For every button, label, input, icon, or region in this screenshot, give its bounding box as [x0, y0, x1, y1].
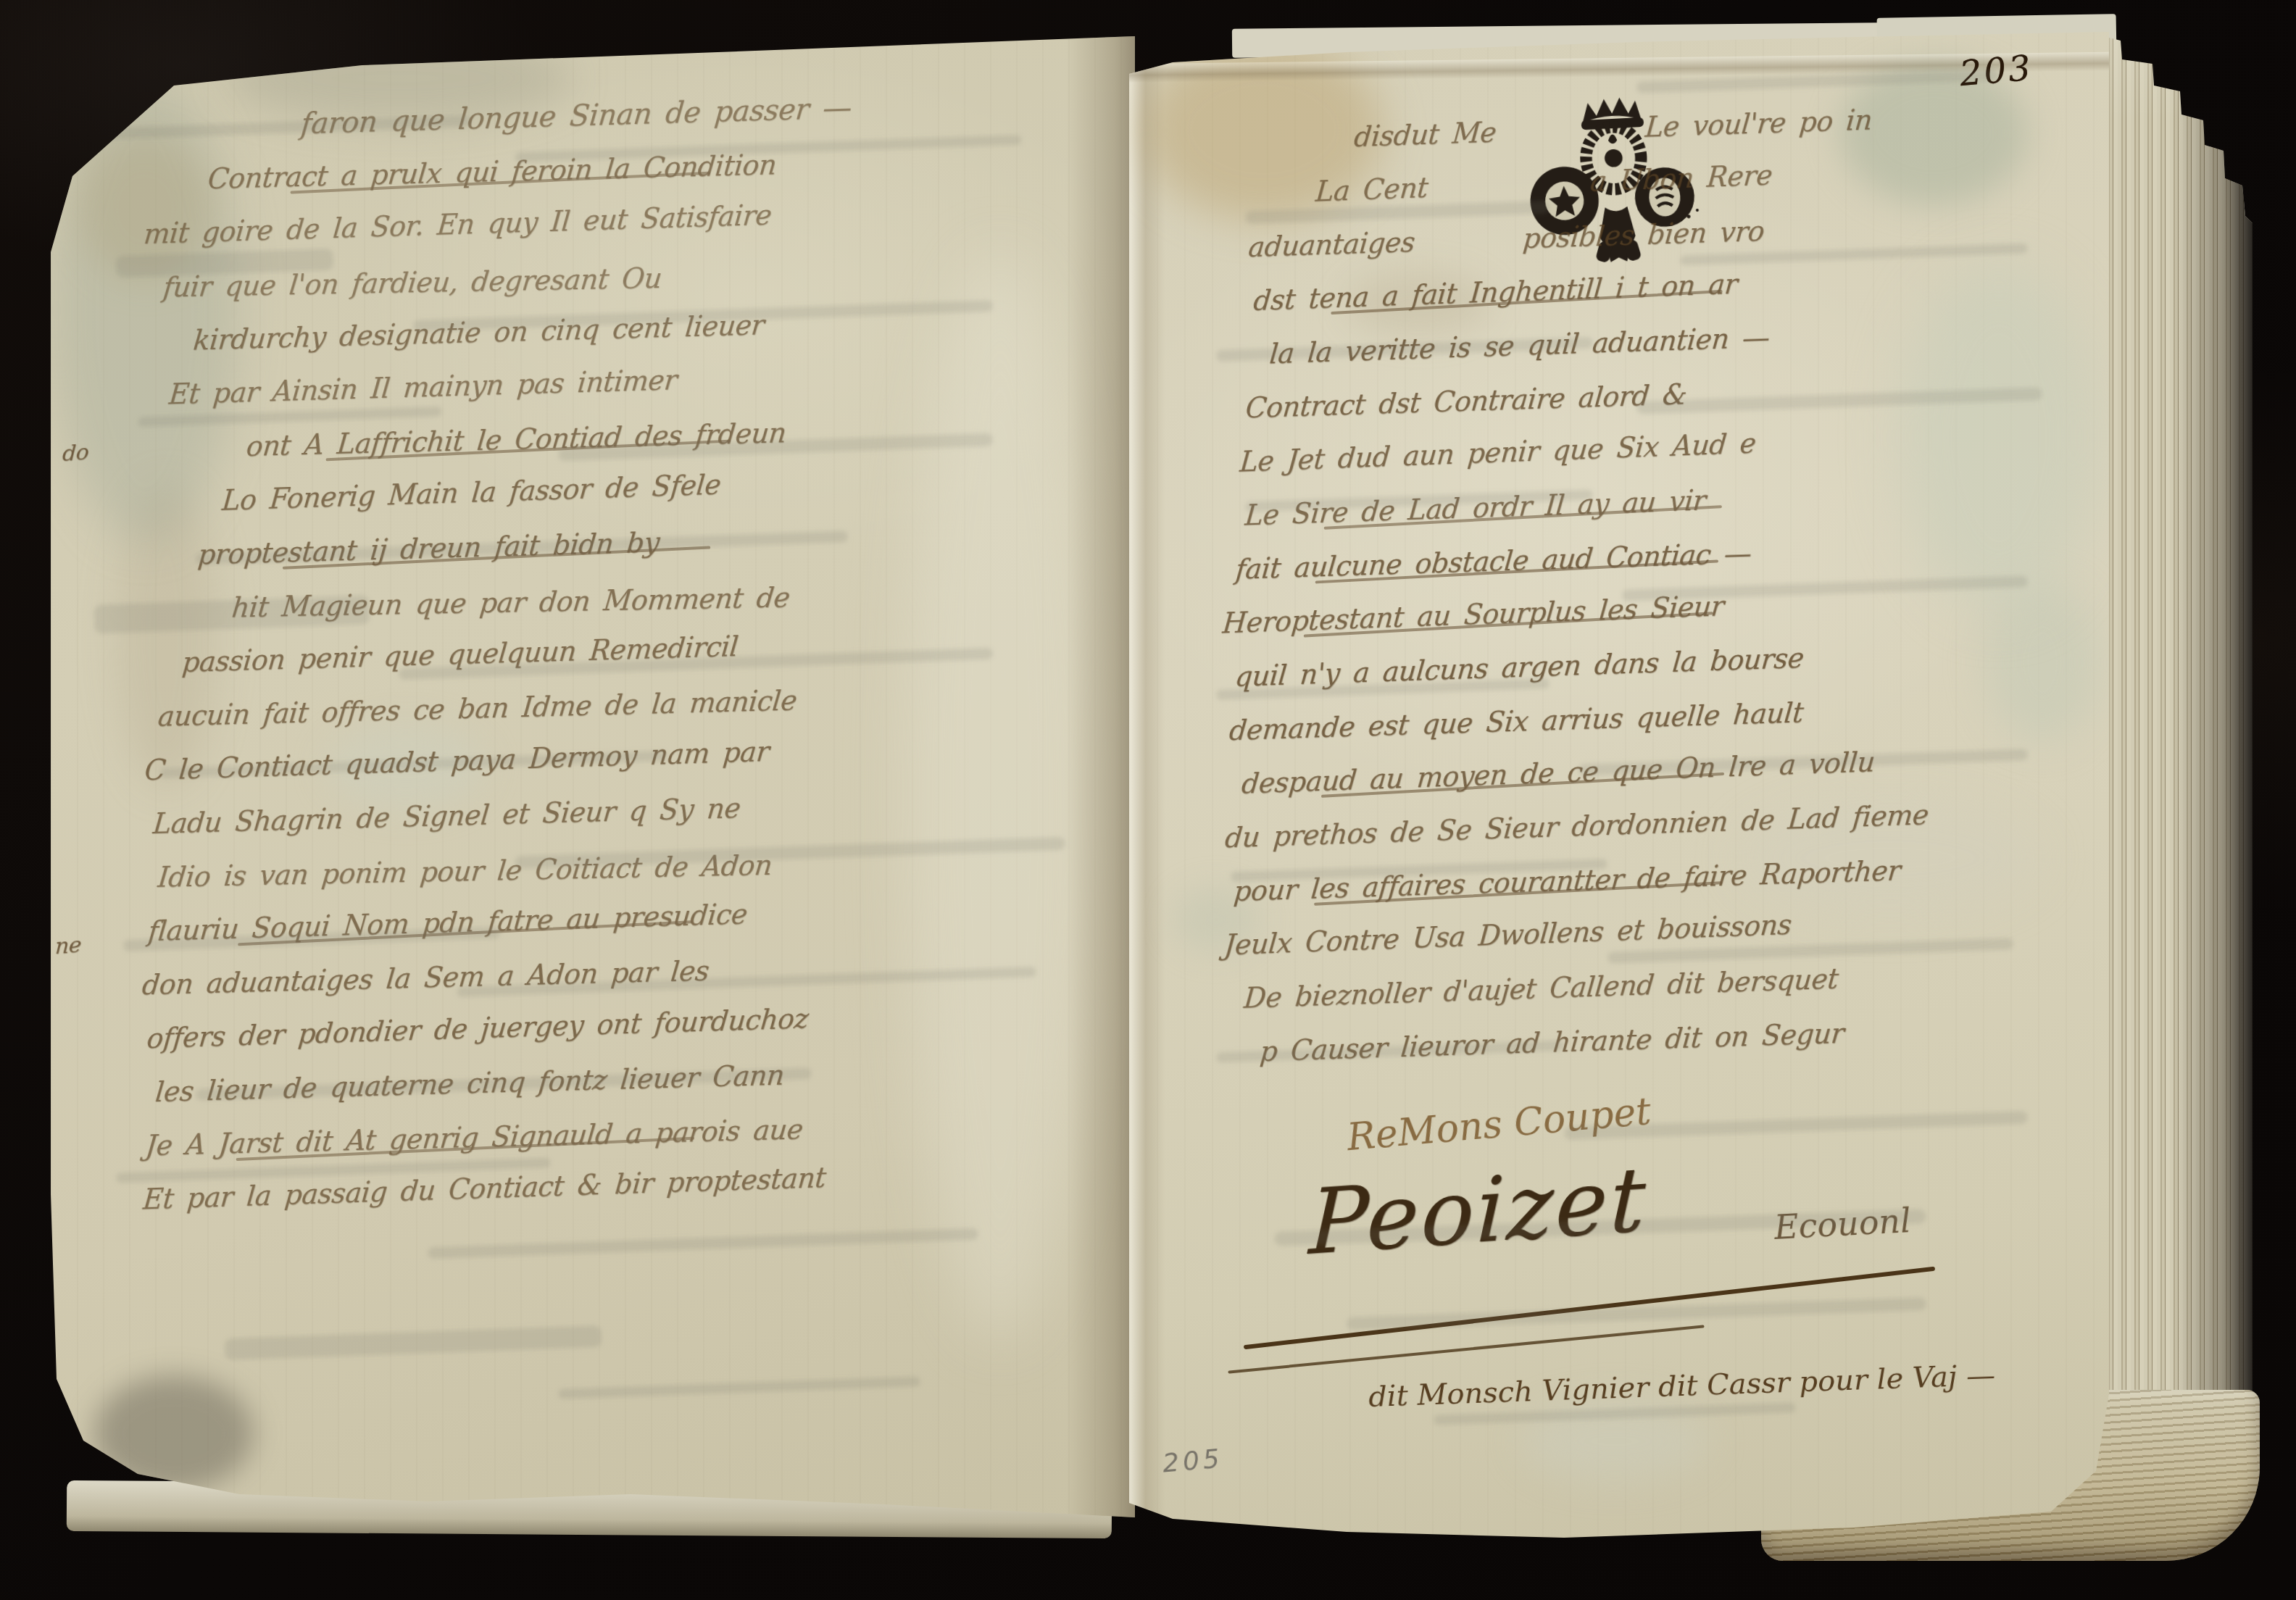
- pencil-folio-number: 205: [1161, 1443, 1224, 1478]
- right-page: 203 disdut Me Le voul're po in La Cent a…: [1129, 32, 2109, 1545]
- signature-flourish: ReMons Coupet: [1345, 1090, 1652, 1159]
- marginal-note-text: ne: [54, 933, 82, 960]
- marginal-note-text: do: [62, 440, 89, 467]
- marginal-note: do: [62, 440, 90, 467]
- signature-paraph-stroke: [1228, 1325, 1704, 1373]
- closing-line: dit Monsch Vignier dit Cassr pour le Vaj…: [1368, 1359, 1995, 1414]
- fore-edge-shading: [2092, 33, 2253, 1552]
- marginal-note: ne: [54, 933, 82, 959]
- left-page: faron que longue Sinan de passer — Contr…: [51, 35, 1135, 1517]
- signature-name: Peoizet: [1307, 1147, 1650, 1274]
- manuscript-scan: faron que longue Sinan de passer — Contr…: [0, 0, 2296, 1600]
- book-fore-edge: [2092, 33, 2253, 1552]
